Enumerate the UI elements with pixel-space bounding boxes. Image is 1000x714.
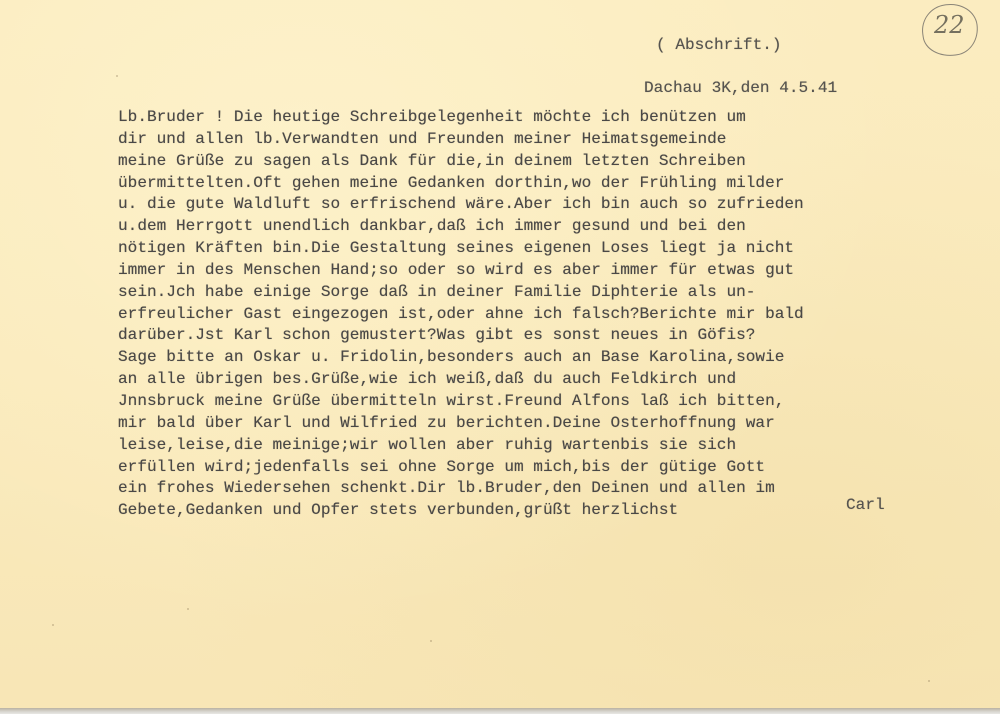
paper-speck	[430, 640, 432, 642]
page-number: 22	[922, 11, 976, 39]
letter-line: immer in des Menschen Hand;so oder so wi…	[118, 260, 1000, 282]
document-heading: ( Abschrift.)	[656, 36, 782, 54]
signature: Carl	[846, 496, 885, 514]
letter-page: 22 ( Abschrift.) Dachau 3K,den 4.5.41 Lb…	[0, 0, 1000, 708]
letter-line: u.dem Herrgott unendlich dankbar,daß ich…	[118, 216, 1000, 238]
letter-line: u. die gute Waldluft so erfrischend wäre…	[118, 194, 1000, 216]
letter-line: an alle übrigen bes.Grüße,wie ich weiß,d…	[118, 369, 1000, 391]
letter-line: meine Grüße zu sagen als Dank für die,in…	[118, 151, 1000, 173]
letter-line: Jnnsbruck meine Grüße übermitteln wirst.…	[118, 391, 1000, 413]
paper-speck	[928, 680, 930, 682]
letter-body: Lb.Bruder ! Die heutige Schreibgelegenhe…	[118, 107, 1000, 522]
page-number-circle: 22	[919, 0, 982, 59]
letter-line: mir bald über Karl und Wilfried zu beric…	[118, 413, 1000, 435]
paper-speck	[52, 624, 54, 626]
letter-line: erfüllen wird;jedenfalls sei ohne Sorge …	[118, 457, 1000, 479]
letter-line: nötigen Kräften bin.Die Gestaltung seine…	[118, 238, 1000, 260]
letter-line: darüber.Jst Karl schon gemustert?Was gib…	[118, 325, 1000, 347]
letter-line: leise,leise,die meinige;wir wollen aber …	[118, 435, 1000, 457]
letter-line: sein.Jch habe einige Sorge daß in deiner…	[118, 282, 1000, 304]
letter-line: Sage bitte an Oskar u. Fridolin,besonder…	[118, 347, 1000, 369]
scan-bottom-edge	[0, 708, 1000, 714]
letter-line: Lb.Bruder ! Die heutige Schreibgelegenhe…	[118, 107, 1000, 129]
paper-speck	[116, 75, 118, 77]
letter-line: übermittelten.Oft gehen meine Gedanken d…	[118, 173, 1000, 195]
letter-line: erfreulicher Gast eingezogen ist,oder ah…	[118, 304, 1000, 326]
paper-speck	[187, 608, 189, 610]
letter-line: dir und allen lb.Verwandten und Freunden…	[118, 129, 1000, 151]
place-and-date: Dachau 3K,den 4.5.41	[644, 79, 837, 97]
